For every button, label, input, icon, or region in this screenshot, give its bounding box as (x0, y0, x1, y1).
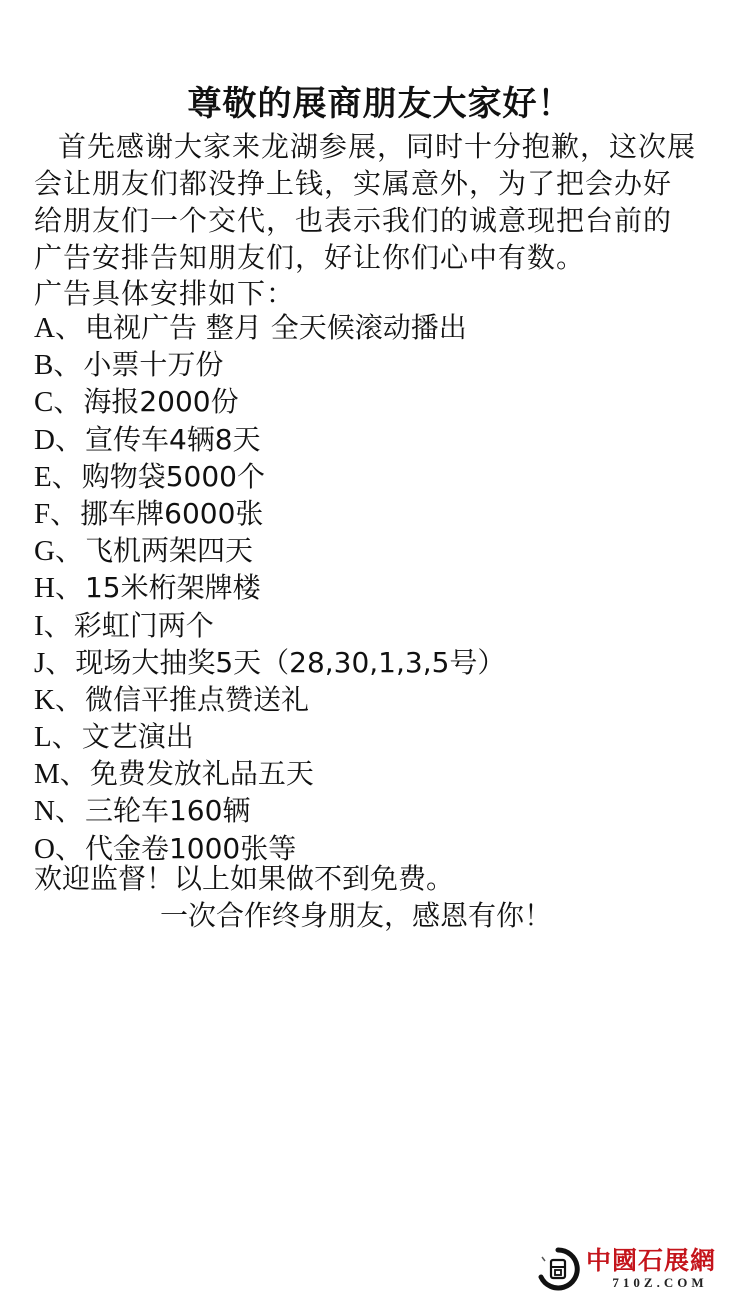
item-separator: 、 (60, 757, 88, 790)
item-separator: 、 (50, 497, 78, 530)
item-separator: 、 (55, 311, 83, 344)
list-item: M、免费发放礼品五天 (34, 755, 505, 792)
ad-arrangement-list: A、电视广告 整月 全天候滚动播出 B、小票十万份 C、海报2000份 D、宣传… (34, 309, 505, 867)
item-letter: E (34, 461, 52, 493)
watermark-text: 中國石展網 710Z.COM (586, 1247, 716, 1291)
item-letter: C (34, 386, 53, 418)
item-separator: 、 (44, 609, 72, 642)
list-item: F、挪车牌6000张 (34, 495, 505, 532)
list-item: E、购物袋5000个 (34, 458, 505, 495)
item-separator: 、 (45, 646, 73, 679)
list-item: I、彩虹门两个 (34, 607, 505, 644)
item-letter: M (34, 758, 60, 790)
item-text: 15米桁架牌楼 (85, 571, 261, 604)
item-text: 微信平推点赞送礼 (85, 683, 309, 716)
item-text: 电视广告 整月 全天候滚动播出 (85, 311, 467, 344)
page-title: 尊敬的展商朋友大家好！ (0, 82, 730, 126)
item-separator: 、 (53, 385, 81, 418)
list-heading: 广告具体安排如下： (34, 276, 295, 312)
watermark-site-name: 中國石展網 (586, 1247, 716, 1275)
item-text: 小票十万份 (83, 348, 223, 381)
list-item: J、现场大抽奖5天（28,30,1,3,5号） (34, 644, 505, 681)
intro-line-3: 给朋友们一个交代，也表示我们的诚意现把台前的 (34, 203, 672, 239)
item-text: 宣传车4辆8天 (85, 423, 261, 456)
site-watermark: 中國石展網 710Z.COM (536, 1243, 726, 1295)
item-text: 海报2000份 (83, 385, 238, 418)
item-letter: D (34, 424, 55, 456)
item-letter: J (34, 647, 45, 679)
list-item: N、三轮车160辆 (34, 792, 505, 829)
item-separator: 、 (55, 571, 83, 604)
list-item: B、小票十万份 (34, 346, 505, 383)
item-separator: 、 (55, 832, 83, 865)
item-text: 购物袋5000个 (82, 460, 265, 493)
item-text: 彩虹门两个 (74, 609, 214, 642)
item-text: 挪车牌6000张 (80, 497, 263, 530)
item-text: 代金卷1000张等 (85, 832, 296, 865)
item-separator: 、 (55, 683, 83, 716)
intro-line-2: 会让朋友们都没挣上钱，实属意外，为了把会办好 (34, 166, 672, 202)
item-letter: A (34, 312, 55, 344)
item-letter: I (34, 610, 44, 642)
item-letter: G (34, 535, 55, 567)
closing-line-thanks: 一次合作终身朋友，感恩有你！ (160, 898, 552, 934)
item-separator: 、 (55, 423, 83, 456)
item-separator: 、 (55, 794, 83, 827)
item-letter: L (34, 721, 52, 753)
list-item: C、海报2000份 (34, 383, 505, 420)
intro-line-1: 首先感谢大家来龙湖参展，同时十分抱歉，这次展 (58, 129, 696, 165)
item-separator: 、 (53, 348, 81, 381)
item-text: 现场大抽奖5天（28,30,1,3,5号） (75, 646, 505, 679)
item-separator: 、 (52, 460, 80, 493)
list-item: A、电视广告 整月 全天候滚动播出 (34, 309, 505, 346)
item-separator: 、 (52, 720, 80, 753)
list-item: K、微信平推点赞送礼 (34, 681, 505, 718)
closing-line-supervision: 欢迎监督！以上如果做不到免费。 (34, 861, 454, 897)
list-item: L、文艺演出 (34, 718, 505, 755)
item-letter: H (34, 572, 55, 604)
list-item: D、宣传车4辆8天 (34, 421, 505, 458)
item-letter: F (34, 498, 50, 530)
item-letter: K (34, 684, 55, 716)
stone-seal-logo-icon (536, 1247, 580, 1291)
item-text: 飞机两架四天 (85, 534, 253, 567)
list-item: G、飞机两架四天 (34, 532, 505, 569)
item-letter: N (34, 795, 55, 827)
item-text: 免费发放礼品五天 (90, 757, 314, 790)
item-text: 文艺演出 (82, 720, 194, 753)
item-letter: B (34, 349, 53, 381)
item-letter: O (34, 833, 55, 865)
list-item: H、15米桁架牌楼 (34, 569, 505, 606)
item-text: 三轮车160辆 (85, 794, 250, 827)
intro-line-4: 广告安排告知朋友们，好让你们心中有数。 (34, 240, 585, 276)
item-separator: 、 (55, 534, 83, 567)
watermark-domain: 710Z.COM (604, 1275, 716, 1291)
